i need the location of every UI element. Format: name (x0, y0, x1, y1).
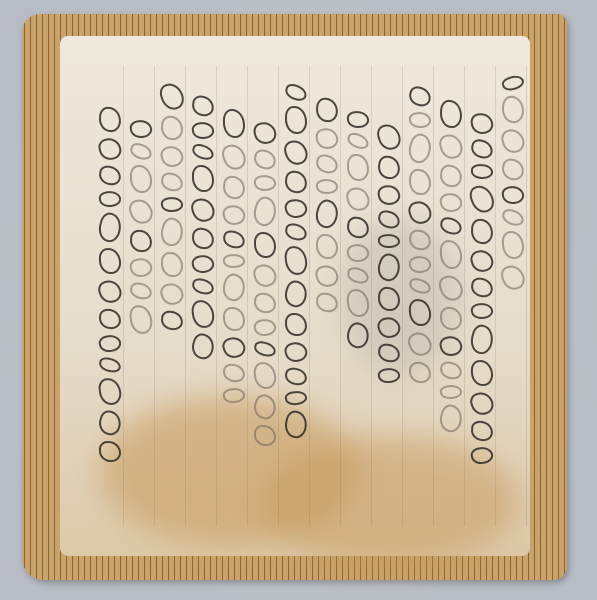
ink-stroke (189, 331, 217, 361)
ink-stroke (158, 280, 186, 308)
ink-stroke (98, 356, 122, 374)
ink-stroke (160, 310, 184, 331)
ink-stroke (129, 229, 152, 252)
ink-stroke (252, 120, 278, 146)
ink-stroke (98, 164, 123, 186)
ink-stroke (282, 137, 310, 167)
column-rule (340, 66, 341, 526)
ink-stroke (471, 163, 494, 179)
ink-stroke (189, 195, 217, 225)
ink-stroke (283, 339, 310, 364)
ink-stroke (250, 194, 280, 228)
column-rule (309, 66, 310, 526)
ink-stroke (284, 222, 309, 242)
ink-stroke (96, 211, 125, 245)
ink-stroke (220, 334, 247, 361)
ink-stroke (222, 363, 246, 383)
column-rule (495, 66, 496, 526)
ink-stroke (407, 85, 433, 108)
column-rule (433, 66, 434, 526)
ink-stroke (223, 307, 245, 331)
ink-stroke (97, 377, 122, 406)
ink-stroke (313, 262, 340, 289)
ink-stroke (312, 197, 342, 230)
ink-stroke (468, 389, 496, 418)
ink-stroke (220, 141, 249, 173)
ink-stroke (316, 234, 338, 259)
ink-stroke (190, 253, 215, 275)
ink-stroke (161, 252, 183, 277)
ink-stroke (190, 142, 215, 162)
ink-stroke (221, 203, 247, 227)
ink-stroke (251, 261, 279, 289)
manuscript-booklet (22, 14, 567, 580)
ink-stroke (437, 403, 465, 435)
column-rule (154, 66, 155, 526)
ink-stroke (469, 111, 494, 135)
ink-stroke (377, 155, 402, 181)
ink-stroke (439, 191, 464, 213)
column-rule (464, 66, 465, 526)
ink-stroke (439, 384, 463, 401)
ink-stroke (127, 196, 156, 227)
ink-stroke (501, 95, 524, 123)
manuscript-page (60, 36, 530, 556)
ink-stroke (345, 131, 370, 151)
ink-stroke (375, 121, 403, 152)
ink-stroke (128, 304, 153, 335)
ink-stroke (220, 271, 249, 303)
ink-stroke (98, 106, 121, 132)
ink-stroke (470, 420, 493, 441)
ink-stroke (502, 231, 525, 260)
ink-stroke (439, 306, 462, 330)
ink-stroke (405, 131, 435, 166)
ink-stroke (469, 138, 495, 161)
column-rule (123, 66, 124, 526)
ink-stroke (470, 302, 494, 321)
ink-stroke (191, 277, 215, 296)
ink-stroke (222, 253, 245, 269)
ink-stroke (501, 185, 525, 206)
ink-stroke (160, 171, 185, 193)
ink-stroke (439, 164, 464, 189)
ink-stroke (223, 109, 246, 138)
ink-stroke (315, 292, 339, 314)
ink-stroke (440, 100, 463, 129)
ink-stroke (129, 281, 153, 301)
ink-stroke (253, 361, 277, 390)
ink-stroke (347, 154, 369, 181)
ink-stroke (315, 97, 339, 123)
ink-stroke (439, 360, 463, 380)
ink-stroke (190, 94, 215, 118)
ink-stroke (128, 141, 153, 161)
ink-stroke (253, 340, 277, 358)
ink-stroke (346, 110, 369, 129)
ink-stroke (158, 216, 187, 249)
column-rule (185, 66, 186, 526)
ink-stroke (97, 136, 124, 163)
ink-stroke (499, 262, 528, 293)
ink-stroke (96, 277, 124, 306)
ink-stroke (469, 248, 496, 275)
column-rule (526, 66, 527, 526)
ink-stroke (470, 218, 493, 244)
ink-stroke (254, 232, 276, 258)
ink-stroke (191, 299, 216, 329)
ink-stroke (438, 216, 463, 237)
ink-stroke (500, 157, 525, 181)
ink-stroke (284, 170, 308, 194)
ink-stroke (160, 196, 184, 214)
column-rule (278, 66, 279, 526)
ink-stroke (157, 80, 187, 113)
ink-stroke (191, 121, 215, 141)
ink-stroke (222, 175, 246, 200)
ink-stroke (285, 313, 307, 336)
column-rule (247, 66, 248, 526)
ink-stroke (438, 334, 464, 359)
ink-stroke (408, 111, 431, 128)
ink-stroke (191, 227, 215, 250)
ink-stroke (98, 190, 122, 209)
column-rule (216, 66, 217, 526)
ink-stroke (99, 248, 122, 275)
ink-stroke (99, 441, 121, 462)
ink-stroke (128, 256, 154, 279)
ink-stroke (499, 127, 526, 156)
ink-stroke (470, 276, 495, 298)
ink-stroke (253, 174, 277, 192)
ink-stroke (253, 292, 277, 314)
ink-stroke (254, 425, 276, 446)
ink-stroke (160, 115, 184, 140)
ink-stroke (159, 144, 185, 169)
ink-stroke (283, 197, 308, 220)
column-rule (402, 66, 403, 526)
ink-stroke (253, 317, 278, 338)
ink-stroke (500, 73, 525, 94)
ink-stroke (252, 148, 277, 171)
ink-stroke (344, 184, 372, 213)
ink-stroke (314, 126, 340, 151)
ink-stroke (222, 229, 247, 250)
ink-stroke (283, 82, 308, 103)
ink-stroke (98, 308, 121, 329)
ink-stroke (314, 153, 339, 175)
ink-stroke (282, 278, 311, 310)
column-rule (371, 66, 372, 526)
ink-stroke (437, 132, 465, 162)
ink-stroke (284, 367, 308, 387)
ink-stroke (285, 106, 307, 134)
ink-stroke (376, 183, 401, 207)
ink-stroke (500, 207, 525, 227)
ink-stroke (468, 323, 497, 357)
ink-stroke (471, 360, 494, 387)
ink-stroke (284, 245, 308, 276)
photo-scene (0, 0, 597, 600)
ink-stroke (467, 182, 497, 216)
ink-stroke (409, 169, 432, 196)
ink-stroke (130, 165, 153, 194)
ink-stroke (192, 165, 214, 192)
ink-stroke (97, 333, 122, 355)
ink-stroke (129, 119, 153, 140)
ink-stroke (315, 178, 338, 195)
